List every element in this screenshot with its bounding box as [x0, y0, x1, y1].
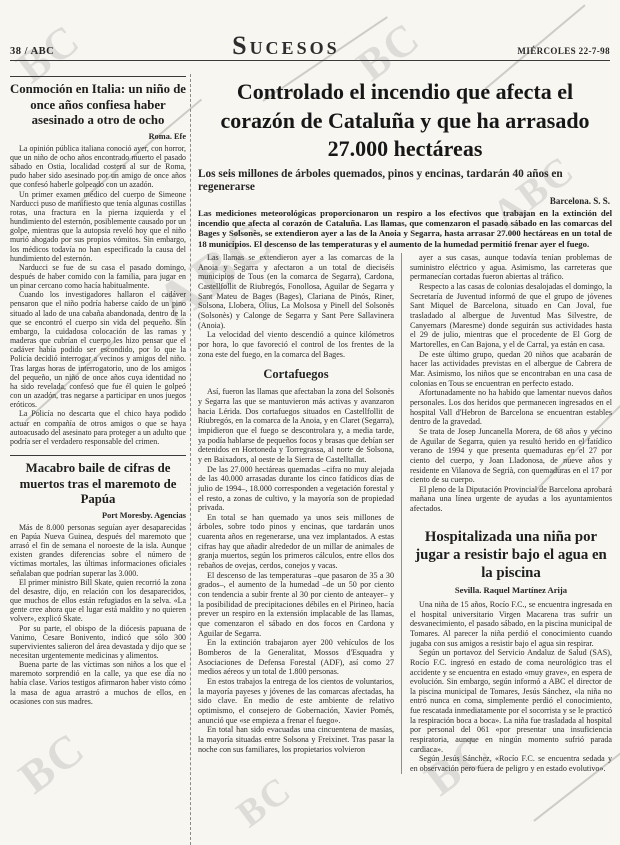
paragraph: Narducci se fue de su casa el pasado dom… — [10, 263, 186, 290]
paragraph: Un primer examen médico del cuerpo de Si… — [10, 190, 186, 263]
paragraph: De este último grupo, quedan 20 niños qu… — [410, 350, 612, 389]
paragraph: El primer ministro Bill Skate, quien rec… — [10, 578, 186, 624]
article-body: Así, fueron las llamas que afectaban la … — [198, 387, 394, 754]
paragraph: Cuando los investigadores hallaron el ca… — [10, 290, 186, 409]
abc-watermark: BC — [228, 767, 300, 836]
article-title: Conmoción en Italia: un niño de once año… — [10, 82, 186, 129]
paragraph: Por su parte, el obispo de la diócesis p… — [10, 624, 186, 661]
abc-watermark: BC — [9, 721, 95, 804]
paragraph: Más de 8.000 personas seguían ayer desap… — [10, 523, 186, 578]
main-subtitle: Los seis millones de árboles quemados, p… — [198, 168, 612, 195]
paragraph: Se trata de Josep Juncanella Morera, de … — [410, 427, 612, 485]
main-headline: Controlado el incendio que afecta el cor… — [198, 78, 612, 164]
fire-column-1: Las llamas se extendieron ayer a las com… — [198, 253, 402, 774]
fire-column-2: ayer a sus casas, aunque todavía tenían … — [402, 253, 612, 774]
article-rule — [10, 76, 186, 77]
paragraph: Según Jesús Sánchez, «Rocío F.C. se encu… — [410, 754, 612, 773]
article-italy: Conmoción en Italia: un niño de once año… — [10, 76, 186, 446]
article-body: Una niña de 15 años, Rocío F.C., se encu… — [410, 600, 612, 774]
article-body: Más de 8.000 personas seguían ayer desap… — [10, 523, 186, 706]
paragraph: Buena parte de las víctimas son niños a … — [10, 660, 186, 706]
article-title: Macabro baile de cifras de muertos tras … — [10, 461, 186, 508]
paragraph: Respecto a las casas de colonias desaloj… — [410, 282, 612, 350]
main-byline: Barcelona. S. S. — [198, 196, 610, 206]
lead-paragraph: Las mediciones meteorológicas proporcion… — [198, 208, 612, 249]
paragraph: ayer a sus casas, aunque todavía tenían … — [410, 253, 612, 282]
sub-article-byline: Sevilla. Raquel Martínez Arija — [410, 585, 612, 595]
section-title: SUCESOS — [232, 33, 340, 60]
article-byline: Roma. Efe — [10, 132, 186, 141]
article-byline: Port Moresby. Agencias — [10, 511, 186, 520]
column-divider — [190, 74, 191, 845]
main-body: Las llamas se extendieron ayer a las com… — [198, 253, 612, 774]
paragraph: Así, fueron las llamas que afectaban la … — [198, 387, 394, 464]
paragraph: La opinión pública italiana conoció ayer… — [10, 144, 186, 190]
paragraph: La Policía no descarta que el chico haya… — [10, 409, 186, 446]
masthead: 38 / ABC SUCESOS MIÉRCOLES 22-7-98 — [10, 34, 610, 61]
newspaper-page: BC BC ABC ABC BC BC BC 38 / ABC SUCESOS … — [0, 0, 620, 845]
paragraph: En estos trabajos la entrega de los cien… — [198, 677, 394, 725]
main-article: Controlado el incendio que afecta el cor… — [198, 74, 612, 774]
article-rule — [10, 455, 186, 456]
article-papua: Macabro baile de cifras de muertos tras … — [10, 455, 186, 706]
paragraph: De las 27.000 hectáreas quemadas –cifra … — [198, 465, 394, 513]
paragraph: Una niña de 15 años, Rocío F.C., se encu… — [410, 600, 612, 648]
left-column: Conmoción en Italia: un niño de once año… — [10, 76, 186, 706]
paragraph: Según un portavoz del Servicio Andaluz d… — [410, 648, 612, 754]
article-piscina: Hospitalizada una niña por jugar a resis… — [410, 528, 612, 774]
article-body: Las llamas se extendieron ayer a las com… — [198, 253, 394, 359]
paragraph: Las llamas se extendieron ayer a las com… — [198, 253, 394, 330]
article-body: La opinión pública italiana conoció ayer… — [10, 144, 186, 446]
paragraph: Afortunadamente no ha habido que lamenta… — [410, 388, 612, 427]
paragraph: El pleno de la Diputación Provincial de … — [410, 485, 612, 514]
paragraph: En la extinción trabajaron ayer 200 vehí… — [198, 638, 394, 677]
paragraph: El descenso de las temperaturas –que pas… — [198, 571, 394, 639]
subhead-cortafuegos: Cortafuegos — [198, 367, 394, 382]
paragraph: En total se han quemado ya unos seis mil… — [198, 513, 394, 571]
sub-article-title: Hospitalizada una niña por jugar a resis… — [414, 528, 608, 582]
page-number: 38 / ABC — [10, 46, 54, 60]
paragraph: En total han sido evacuadas una cincuent… — [198, 725, 394, 754]
article-body: ayer a sus casas, aunque todavía tenían … — [410, 253, 612, 514]
date-label: MIÉRCOLES 22-7-98 — [517, 46, 610, 60]
paragraph: La velocidad del viento descendió a quin… — [198, 330, 394, 359]
